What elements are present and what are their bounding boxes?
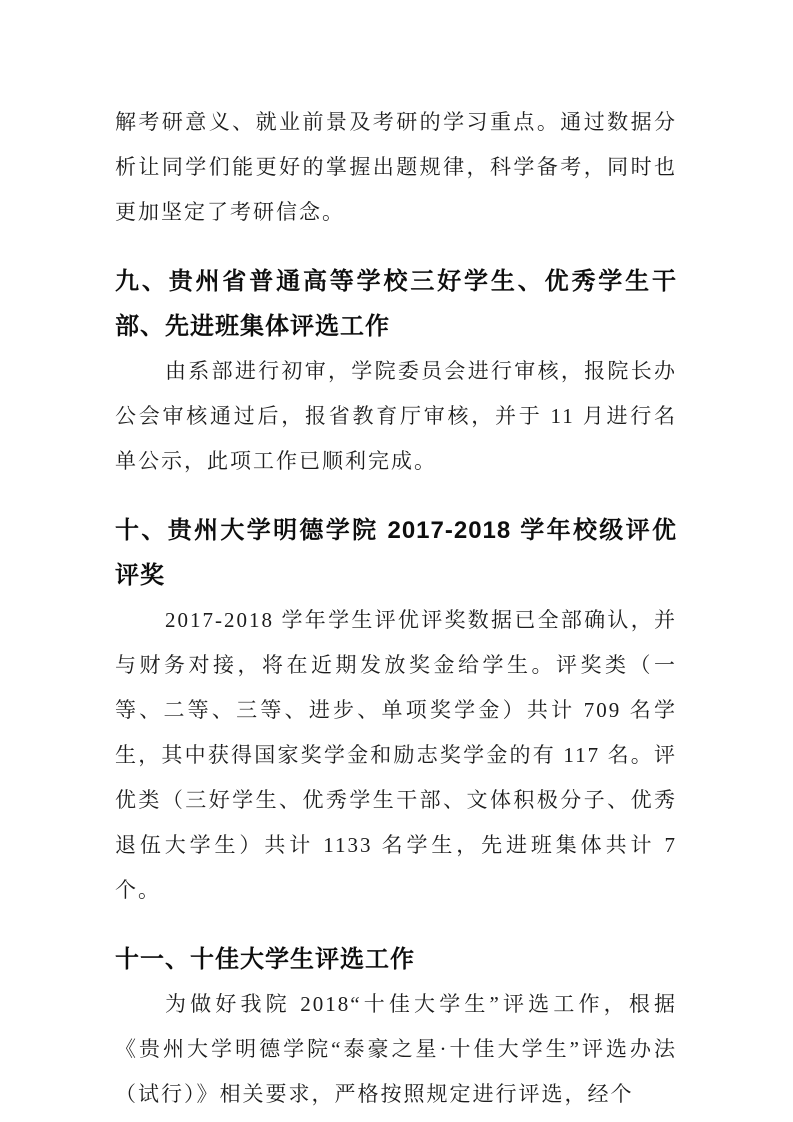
- section-11-heading: 十一、十佳大学生评选工作: [115, 937, 677, 982]
- section-10-paragraph: 2017-2018 学年学生评优评奖数据已全部确认，并与财务对接，将在近期发放奖…: [115, 598, 677, 913]
- section-9-heading: 九、贵州省普通高等学校三好学生、优秀学生干部、先进班集体评选工作: [115, 259, 677, 349]
- section-10-heading: 十、贵州大学明德学院 2017-2018 学年校级评优评奖: [115, 508, 677, 598]
- document-page: 解考研意义、就业前景及考研的学习重点。通过数据分析让同学们能更好的掌握出题规律，…: [0, 0, 793, 1122]
- section-11-paragraph: 为做好我院 2018“十佳大学生”评选工作，根据《贵州大学明德学院“泰豪之星·十…: [115, 982, 677, 1117]
- section-9-paragraph: 由系部进行初审，学院委员会进行审核，报院长办公会审核通过后，报省教育厅审核，并于…: [115, 349, 677, 484]
- continuation-paragraph: 解考研意义、就业前景及考研的学习重点。通过数据分析让同学们能更好的掌握出题规律，…: [115, 100, 677, 235]
